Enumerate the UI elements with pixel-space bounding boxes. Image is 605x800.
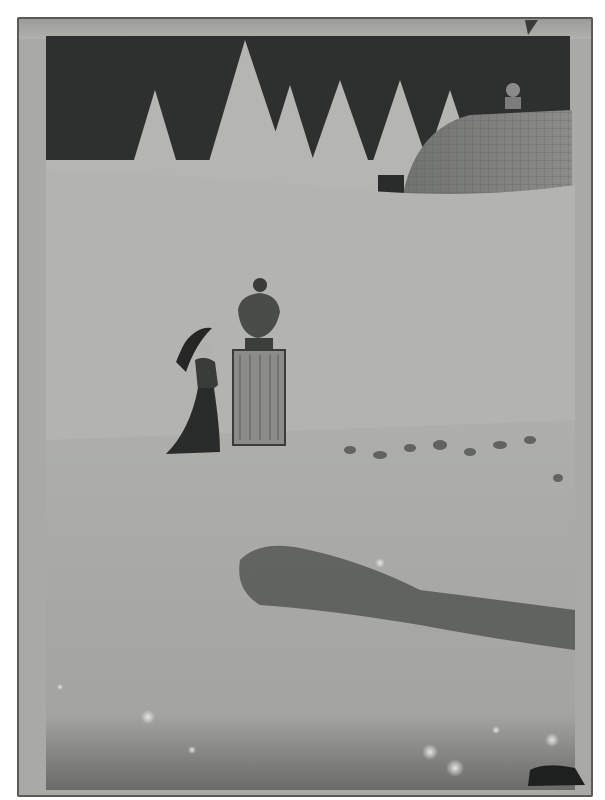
bust-on-pedestal <box>233 278 285 445</box>
plate-damage <box>528 765 585 786</box>
scene-illustration <box>0 0 605 800</box>
photo-scene <box>0 0 605 800</box>
hedge <box>46 170 575 450</box>
plate-corner-chip <box>525 20 538 35</box>
